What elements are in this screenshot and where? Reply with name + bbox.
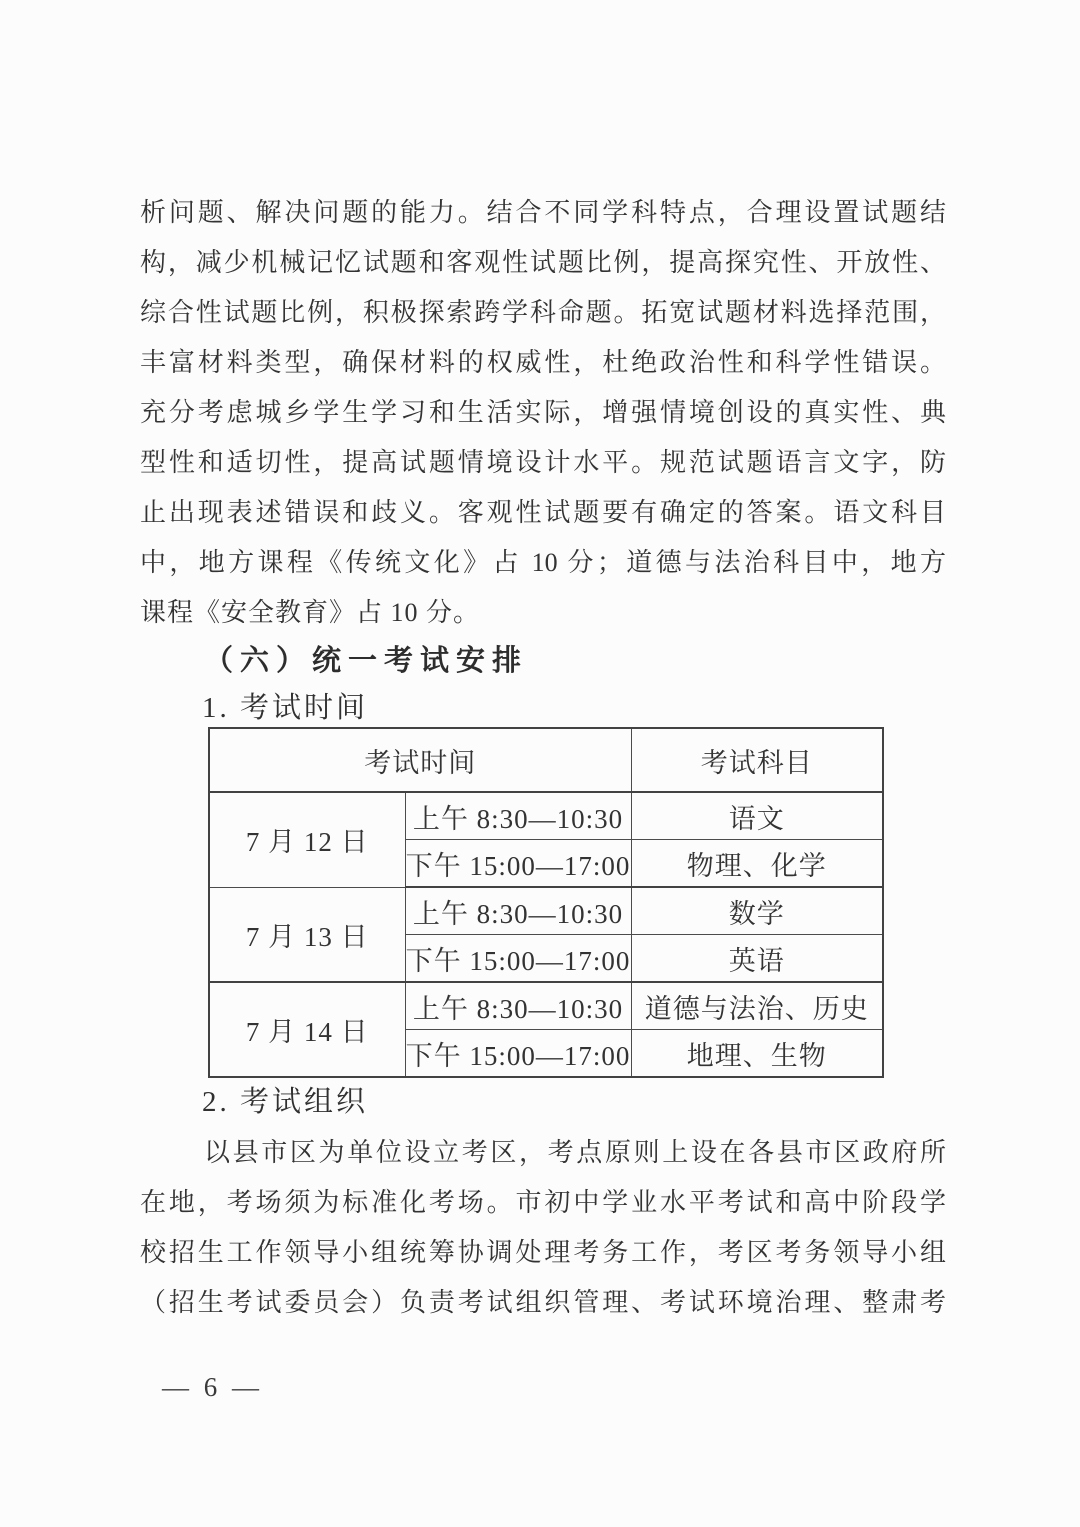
paragraph-line: 校招生工作领导小组统筹协调处理考务工作，考区考务领导小组 bbox=[140, 1228, 946, 1278]
time-cell: 上午 8:30—10:30 bbox=[405, 887, 631, 935]
table-header-row: 考试时间 考试科目 bbox=[209, 728, 883, 792]
time-cell: 上午 8:30—10:30 bbox=[405, 982, 631, 1030]
table-row: 7 月 12 日 上午 8:30—10:30 语文 bbox=[209, 792, 883, 840]
subject-cell: 数学 bbox=[631, 887, 883, 935]
paragraph-line: 中，地方课程《传统文化》占 10 分；道德与法治科目中，地方 bbox=[140, 538, 946, 588]
date-cell: 7 月 13 日 bbox=[209, 887, 405, 982]
paragraph-line: 综合性试题比例，积极探索跨学科命题。拓宽试题材料选择范围， bbox=[140, 288, 946, 338]
section-heading-unified-exam: （六）统一考试安排 bbox=[204, 636, 528, 686]
subheading-exam-organization: 2. 考试组织 bbox=[202, 1078, 368, 1126]
subject-cell: 地理、生物 bbox=[631, 1030, 883, 1078]
paragraph-line: 止出现表述错误和歧义。客观性试题要有确定的答案。语文科目 bbox=[140, 488, 946, 538]
paragraph-line: 在地，考场须为标准化考场。市初中学业水平考试和高中阶段学 bbox=[140, 1178, 946, 1228]
time-cell: 下午 15:00—17:00 bbox=[405, 840, 631, 888]
paragraph-exam-organization: 以县市区为单位设立考区，考点原则上设在各县市区政府所 在地，考场须为标准化考场。… bbox=[140, 1128, 946, 1328]
paragraph-line: 以县市区为单位设立考区，考点原则上设在各县市区政府所 bbox=[140, 1128, 946, 1178]
paragraph-line: 析问题、解决问题的能力。结合不同学科特点，合理设置试题结 bbox=[140, 188, 946, 238]
paragraph-line: 充分考虑城乡学生学习和生活实际，增强情境创设的真实性、典 bbox=[140, 388, 946, 438]
time-cell: 下午 15:00—17:00 bbox=[405, 1030, 631, 1078]
table-header-subject: 考试科目 bbox=[631, 728, 883, 792]
paragraph-line: 课程《安全教育》占 10 分。 bbox=[140, 588, 946, 638]
date-cell: 7 月 14 日 bbox=[209, 982, 405, 1077]
table-row: 7 月 14 日 上午 8:30—10:30 道德与法治、历史 bbox=[209, 982, 883, 1030]
document-page: 析问题、解决问题的能力。结合不同学科特点，合理设置试题结 构，减少机械记忆试题和… bbox=[0, 0, 1080, 1527]
subject-cell: 物理、化学 bbox=[631, 840, 883, 888]
table-row: 7 月 13 日 上午 8:30—10:30 数学 bbox=[209, 887, 883, 935]
subject-cell: 道德与法治、历史 bbox=[631, 982, 883, 1030]
subject-cell: 语文 bbox=[631, 792, 883, 840]
paragraph-line: 型性和适切性，提高试题情境设计水平。规范试题语言文字，防 bbox=[140, 438, 946, 488]
table-header-time: 考试时间 bbox=[209, 728, 631, 792]
subheading-exam-time: 1. 考试时间 bbox=[202, 684, 368, 732]
paragraph-line: （招生考试委员会）负责考试组织管理、考试环境治理、整肃考 bbox=[140, 1278, 946, 1328]
page-number: — 6 — bbox=[162, 1372, 263, 1403]
exam-schedule-table: 考试时间 考试科目 7 月 12 日 上午 8:30—10:30 语文 下午 1… bbox=[208, 727, 884, 1078]
subject-cell: 英语 bbox=[631, 935, 883, 983]
paragraph-exam-content: 析问题、解决问题的能力。结合不同学科特点，合理设置试题结 构，减少机械记忆试题和… bbox=[140, 188, 946, 638]
time-cell: 上午 8:30—10:30 bbox=[405, 792, 631, 840]
time-cell: 下午 15:00—17:00 bbox=[405, 935, 631, 983]
paragraph-line: 丰富材料类型，确保材料的权威性，杜绝政治性和科学性错误。 bbox=[140, 338, 946, 388]
date-cell: 7 月 12 日 bbox=[209, 792, 405, 887]
paragraph-line: 构，减少机械记忆试题和客观性试题比例，提高探究性、开放性、 bbox=[140, 238, 946, 288]
